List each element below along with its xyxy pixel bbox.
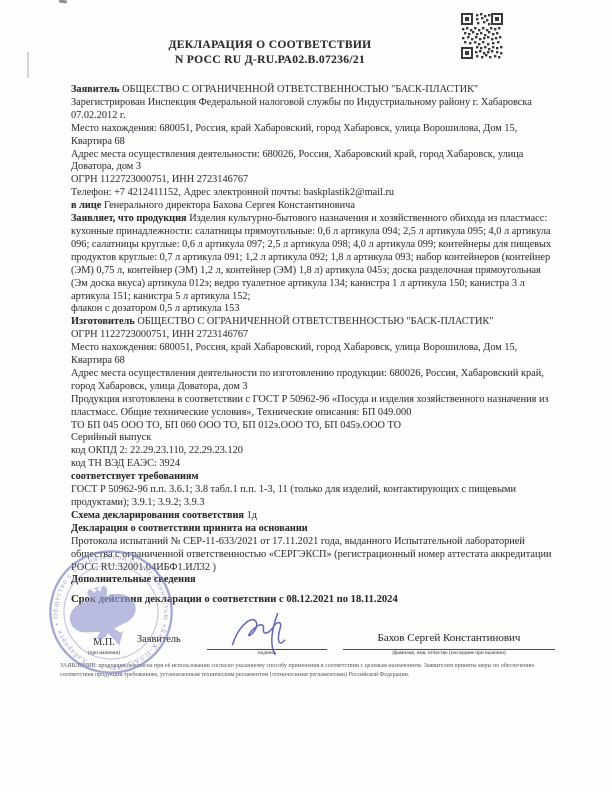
paragraph: Заявляет, что продукция Изделия культурн…	[71, 213, 555, 303]
body-paragraphs: Заявитель ОБЩЕСТВО С ОГРАНИЧЕННОЙ ОТВЕТС…	[71, 84, 555, 587]
paragraph: Серийный выпуск	[71, 432, 555, 445]
paragraph: ТО БП 045 ООО ТО, БП 060 ООО ТО, БП 012э…	[71, 420, 555, 433]
document-number: N РОСС RU Д-RU.РА02.В.07236/21	[0, 53, 540, 68]
paragraph: Продукция изготовлена в соответствии с Г…	[71, 394, 555, 420]
paragraph: Адрес места осуществления деятельности п…	[71, 368, 555, 394]
signer-name: Бахов Сергей Константинович	[343, 632, 555, 648]
paragraph: Заявитель ОБЩЕСТВО С ОГРАНИЧЕННОЙ ОТВЕТС…	[71, 84, 555, 97]
paragraph: Изготовитель ОБЩЕСТВО С ОГРАНИЧЕННОЙ ОТВ…	[71, 316, 555, 329]
mp-block: М.П. (при наличии)	[71, 637, 137, 657]
paragraph: Телефон: +7 4212411152, Адрес электронно…	[71, 187, 555, 200]
paragraph: код ТН ВЭД ЕАЭС: 3924	[71, 458, 555, 471]
signature-row: М.П. (при наличии) Заявитель подпись Бах…	[71, 613, 555, 657]
name-field: Бахов Сергей Константинович (фамилия, им…	[343, 632, 555, 657]
document-page: ДЕКЛАРАЦИЯ О СООТВЕТСТВИИ N РОСС RU Д-RU…	[0, 0, 612, 792]
applicant-label: Заявитель	[137, 634, 207, 657]
paragraph: Дополнительные сведения	[71, 574, 555, 587]
paragraph: соответствует требованиям	[71, 471, 555, 484]
paragraph: код ОКПД 2: 22.29.23.110, 22.29.23.120	[71, 445, 555, 458]
qr-code-icon	[461, 13, 503, 59]
paragraph: в лице Генерального директора Бахова Сер…	[71, 200, 555, 213]
paragraph: ГОСТ Р 50962-96 п.п. 3.6.1; 3.8 табл.1 п…	[71, 484, 555, 510]
paragraph: ОГРН 1122723000751, ИНН 2723146767	[71, 329, 555, 342]
paragraph: ОГРН 1122723000751, ИНН 2723146767	[71, 174, 555, 187]
scan-artifact	[59, 0, 67, 4]
paragraph: Протокола испытаний № СЕР-11-633/2021 от…	[71, 536, 555, 575]
disclaimer-text: ЗАЯВЛЕНИЕ: продукция безопасна при её ис…	[60, 662, 552, 679]
document-header: ДЕКЛАРАЦИЯ О СООТВЕТСТВИИ N РОСС RU Д-RU…	[0, 38, 540, 67]
paragraph: Декларация о соответствии принята на осн…	[71, 523, 555, 536]
name-caption: (фамилия, имя, отчество (последнее при н…	[343, 650, 555, 657]
handwritten-signature-icon	[215, 611, 319, 657]
validity-period-line: Срок действия декларации о соответствии …	[71, 594, 555, 607]
signature-field: подпись	[207, 611, 327, 657]
paragraph: флакон с дозатором 0,5 л артикула 153	[71, 303, 555, 316]
paragraph: Место нахождения: 680051, Россия, край Х…	[71, 342, 555, 368]
document-title: ДЕКЛАРАЦИЯ О СООТВЕТСТВИИ	[0, 38, 540, 53]
paragraph: Схема декларирования соответствия 1д	[71, 510, 555, 523]
document-body: Заявитель ОБЩЕСТВО С ОГРАНИЧЕННОЙ ОТВЕТС…	[71, 84, 555, 679]
mp-label: М.П.	[93, 637, 115, 648]
paragraph: Место нахождения: 680051, Россия, край Х…	[71, 123, 555, 149]
paragraph: Адрес места осуществления деятельности: …	[71, 149, 555, 175]
paragraph: Зарегистрирован Инспекция Федеральной на…	[71, 97, 555, 123]
mp-note: (при наличии)	[71, 650, 137, 657]
